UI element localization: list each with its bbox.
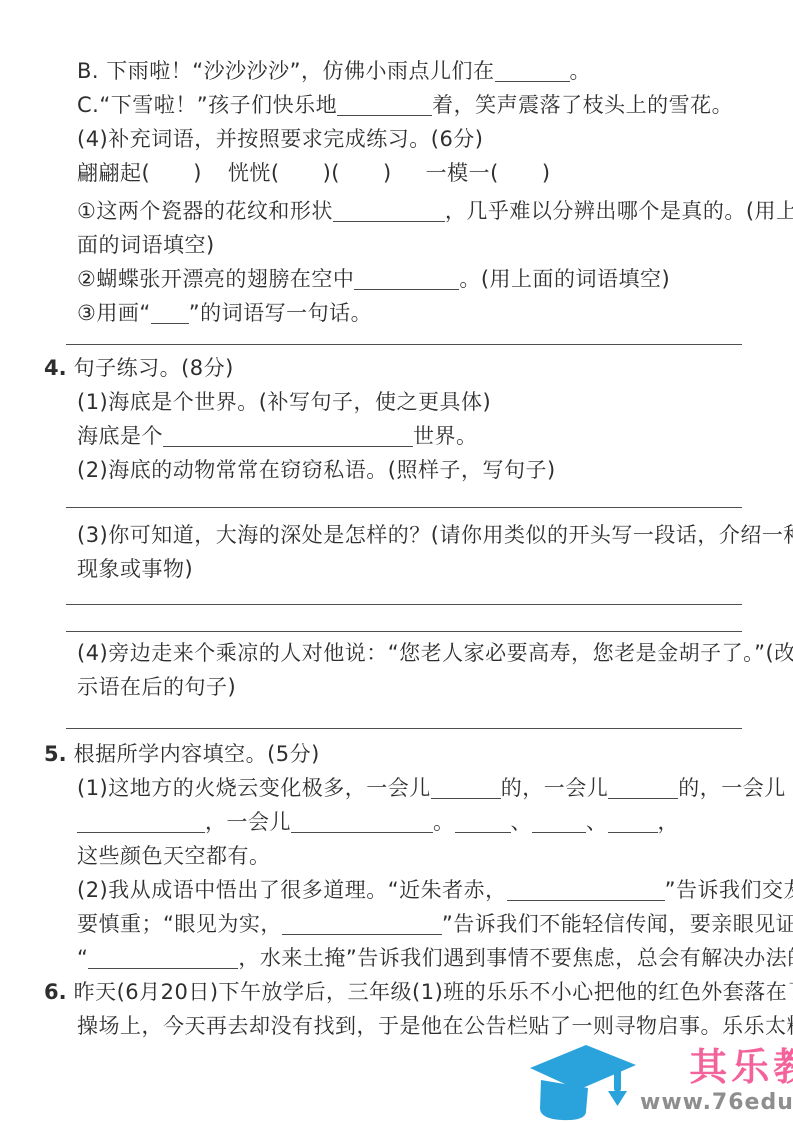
spacer (392, 179, 426, 180)
logo-url: www.76edu.com (640, 1090, 793, 1116)
q5-2: (2)我从成语中悟出了很多道理。“近朱者赤，”告诉我们交友 (0, 873, 793, 907)
text-segment: (4)补充词语，并按照要求完成练习。(6分) (77, 127, 484, 151)
question-number: 5. (44, 742, 67, 766)
text-segment: 根据所学内容填空。(5分) (74, 742, 320, 766)
text-segment: 示语在后的句子) (77, 675, 236, 699)
text-segment: 海底是个 (77, 424, 163, 448)
text-segment: (2)我从成语中悟出了很多道理。“近朱者赤， (77, 878, 507, 902)
graduation-cap-icon (528, 1040, 640, 1122)
exam-body: B. 下雨啦！“沙沙沙沙”，仿佛小雨点儿们在。C.“下雪啦！”孩子们快乐地着，笑… (0, 0, 793, 1043)
q4-1-answer: 海底是个世界。 (0, 419, 793, 453)
text-segment: ②蝴蝶张开漂亮的翅膀在空中 (77, 267, 354, 291)
answer-line (66, 344, 742, 345)
q4-1: (1)海底是个世界。(补写句子，使之更具体) (0, 385, 793, 419)
fill-in-blank (608, 812, 658, 833)
text-segment: B. 下雨啦！“沙沙沙沙”，仿佛小雨点儿们在 (77, 59, 495, 83)
text-segment: ①这两个瓷器的花纹和形状 (77, 199, 333, 223)
q3-4-stem: (4)补充词语，并按照要求完成练习。(6分) (0, 122, 793, 156)
fill-in-blank (455, 812, 511, 833)
text-segment: (1)海底是个世界。(补写句子，使之更具体) (77, 390, 491, 414)
fill-in-blank (507, 880, 665, 901)
q6-heading: 6.昨天(6月20日)下午放学后，三年级(1)班的乐乐不小心把他的红色外套落在了 (0, 975, 793, 1009)
option-c: C.“下雪啦！”孩子们快乐地着，笑声震落了枝头上的雪花。 (0, 88, 793, 122)
sub-question-2: ②蝴蝶张开漂亮的翅膀在空中。(用上面的词语填空) (0, 262, 793, 296)
fill-in-blank (354, 269, 459, 290)
q4-heading: 4.句子练习。(8分) (0, 351, 793, 385)
text-segment: (1)这地方的火烧云变化极多，一会儿 (77, 776, 431, 800)
text-segment: “ (77, 946, 88, 970)
text-segment: (3)你可知道，大海的深处是怎样的？(请你用类似的开头写一段话，介绍一种奇妙的 (77, 523, 793, 547)
fill-in-blank (163, 426, 413, 447)
answer-line (66, 728, 742, 729)
text-segment: 着，笑声震落了枝头上的雪花。 (432, 93, 733, 117)
q5-1-wrap2: 这些颜色天空都有。 (0, 839, 793, 873)
question-number: 4. (44, 356, 67, 380)
text-segment: 现象或事物) (77, 557, 193, 581)
fill-in-blank (495, 61, 570, 82)
fill-in-blank (608, 778, 678, 799)
answer-line (66, 507, 742, 508)
underlined-phrase: 恍恍( )( ) (228, 161, 392, 190)
spacer (202, 179, 228, 180)
text-segment: C.“下雪啦！”孩子们快乐地 (77, 93, 337, 117)
q4-4-wrap: 示语在后的句子) (0, 670, 793, 704)
text-segment: 。 (433, 810, 455, 834)
sub-question-1: ①这两个瓷器的花纹和形状，几乎难以分辨出哪个是真的。(用上 (0, 194, 793, 228)
text-segment: 操场上，今天再去却没有找到，于是他在公告栏贴了一则寻物启事。乐乐太粗心 (77, 1014, 793, 1038)
logo-texts: 其乐教育 www.76edu.com (640, 1040, 793, 1116)
text-segment: 世界。 (413, 424, 478, 448)
text-segment: (2)海底的动物常常在窃窃私语。(照样子，写句子) (77, 458, 556, 482)
q4-3-wrap: 现象或事物) (0, 552, 793, 586)
word-completion-row: 翩翩起( )恍恍( )( )一模一( ) (0, 156, 793, 190)
text-segment: 要慎重；“眼见为实， (77, 912, 282, 936)
q5-1-wrap1: ，一会儿。、、， (0, 805, 793, 839)
q5-1: (1)这地方的火烧云变化极多，一会儿的，一会儿的，一会儿 (0, 771, 793, 805)
text-segment: 。 (570, 59, 592, 83)
text-segment: 一模一( ) (426, 161, 551, 185)
q4-2: (2)海底的动物常常在窃窃私语。(照样子，写句子) (0, 453, 793, 487)
text-segment: ”告诉我们不能轻信传闻，要亲眼见证； (442, 912, 793, 936)
fill-in-blank (77, 812, 205, 833)
fill-in-blank (88, 948, 238, 969)
sub-question-3: ③用画“”的词语写一句话。 (0, 296, 793, 330)
text-segment: (4)旁边走来个乘凉的人对他说：“您老人家必要高寿，您老是金胡子了。”(改为提 (77, 641, 793, 665)
text-segment: 。(用上面的词语填空) (459, 267, 670, 291)
q5-heading: 5.根据所学内容填空。(5分) (0, 737, 793, 771)
text-segment: 的，一会儿 (501, 776, 609, 800)
text-segment: 、 (511, 810, 533, 834)
question-number: 6. (44, 980, 67, 1004)
answer-line (66, 604, 742, 605)
text-segment: ③用画“ (77, 301, 151, 325)
text-segment: 翩翩起( ) (77, 161, 202, 185)
text-segment: 、 (586, 810, 608, 834)
text-segment: 这些颜色天空都有。 (77, 844, 271, 868)
fill-in-blank (291, 812, 433, 833)
text-segment: ，一会儿 (205, 810, 291, 834)
fill-in-blank (337, 95, 432, 116)
text-segment: ， (658, 810, 680, 834)
fill-in-blank (431, 778, 501, 799)
text-segment: ”告诉我们交友 (665, 878, 793, 902)
fill-in-blank (333, 201, 445, 222)
q5-2-wrap2: “，水来土掩”告诉我们遇到事情不要焦虑，总会有解决办法的。 (0, 941, 793, 975)
sub-question-1-wrap: 面的词语填空) (0, 228, 793, 262)
text-segment: 的，一会儿 (678, 776, 786, 800)
text-segment: 昨天(6月20日)下午放学后，三年级(1)班的乐乐不小心把他的红色外套落在了 (74, 980, 793, 1004)
watermark-logo: 其乐教育 www.76edu.com (528, 1040, 793, 1122)
text-segment: ，几乎难以分辨出哪个是真的。(用上 (445, 199, 793, 223)
fill-in-blank (151, 303, 189, 324)
text-segment: ，水来土掩”告诉我们遇到事情不要焦虑，总会有解决办法的。 (238, 946, 793, 970)
option-b: B. 下雨啦！“沙沙沙沙”，仿佛小雨点儿们在。 (0, 54, 793, 88)
answer-line (66, 631, 742, 632)
q4-3: (3)你可知道，大海的深处是怎样的？(请你用类似的开头写一段话，介绍一种奇妙的 (0, 518, 793, 552)
text-segment: 面的词语填空) (77, 233, 215, 257)
logo-name: 其乐教育 (689, 1044, 793, 1090)
fill-in-blank (282, 914, 442, 935)
q6-wrap: 操场上，今天再去却没有找到，于是他在公告栏贴了一则寻物启事。乐乐太粗心 (0, 1009, 793, 1043)
text-segment: ”的词语写一句话。 (189, 301, 372, 325)
fill-in-blank (532, 812, 586, 833)
q4-4: (4)旁边走来个乘凉的人对他说：“您老人家必要高寿，您老是金胡子了。”(改为提 (0, 636, 793, 670)
q5-2-wrap1: 要慎重；“眼见为实，”告诉我们不能轻信传闻，要亲眼见证； (0, 907, 793, 941)
text-segment: 句子练习。(8分) (74, 356, 234, 380)
